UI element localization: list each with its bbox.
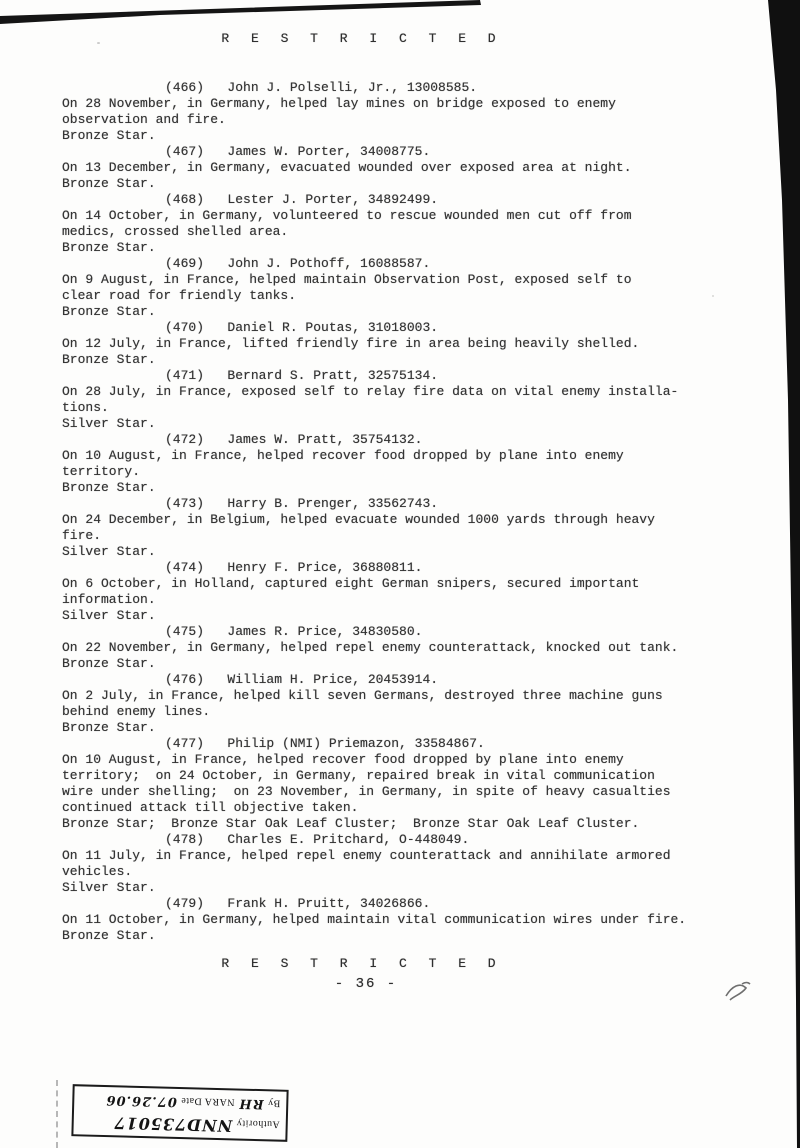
award-line: Bronze Star. <box>62 480 742 496</box>
award-line: Silver Star. <box>62 544 742 560</box>
award-entry: (472) James W. Pratt, 35754132.On 10 Aug… <box>62 432 742 496</box>
award-line: Bronze Star. <box>62 928 742 944</box>
stamp-by-value: RH <box>238 1096 263 1112</box>
scan-edge-top-line <box>0 0 481 24</box>
award-entry: (468) Lester J. Porter, 34892499.On 14 O… <box>62 192 742 256</box>
award-line: Bronze Star. <box>62 720 742 736</box>
stamp-authority-value: NND735017 <box>113 1113 232 1135</box>
entry-header: (475) James R. Price, 34830580. <box>62 624 742 640</box>
award-line: Silver Star. <box>62 608 742 624</box>
stamp-date-value: 07.26.06 <box>105 1092 177 1109</box>
entry-header: (478) Charles E. Pritchard, O-448049. <box>62 832 742 848</box>
document-page: R E S T R I C T E D (466) John J. Polsel… <box>0 0 800 1148</box>
award-line: Bronze Star; Bronze Star Oak Leaf Cluste… <box>62 816 742 832</box>
award-line: Bronze Star. <box>62 656 742 672</box>
citation-line: On 10 August, in France, helped recover … <box>62 752 742 768</box>
citation-line: On 11 October, in Germany, helped mainta… <box>62 912 742 928</box>
entry-header: (467) James W. Porter, 34008775. <box>62 144 742 160</box>
citation-line: On 22 November, in Germany, helped repel… <box>62 640 742 656</box>
award-line: Bronze Star. <box>62 176 742 192</box>
header-classification: R E S T R I C T E D <box>0 31 724 46</box>
citation-line: fire. <box>62 528 742 544</box>
citation-line: clear road for friendly tanks. <box>62 288 742 304</box>
award-entry: (478) Charles E. Pritchard, O-448049.On … <box>62 832 742 896</box>
award-entry: (471) Bernard S. Pratt, 32575134.On 28 J… <box>62 368 742 432</box>
citation-line: observation and fire. <box>62 112 742 128</box>
entry-header: (473) Harry B. Prenger, 33562743. <box>62 496 742 512</box>
citation-line: medics, crossed shelled area. <box>62 224 742 240</box>
entry-header: (474) Henry F. Price, 36880811. <box>62 560 742 576</box>
citation-line: tions. <box>62 400 742 416</box>
award-entry: (469) John J. Pothoff, 16088587.On 9 Aug… <box>62 256 742 320</box>
award-entry: (475) James R. Price, 34830580.On 22 Nov… <box>62 624 742 672</box>
citation-line: continued attack till objective taken. <box>62 800 742 816</box>
award-entry: (479) Frank H. Pruitt, 34026866.On 11 Oc… <box>62 896 742 944</box>
entry-header: (469) John J. Pothoff, 16088587. <box>62 256 742 272</box>
entry-header: (476) William H. Price, 20453914. <box>62 672 742 688</box>
citation-line: On 11 July, in France, helped repel enem… <box>62 848 742 864</box>
citation-line: territory. <box>62 464 742 480</box>
page-number: - 36 - <box>0 976 732 992</box>
citation-line: On 10 August, in France, helped recover … <box>62 448 742 464</box>
citation-line: On 6 October, in Holland, captured eight… <box>62 576 742 592</box>
citation-line: On 13 December, in Germany, evacuated wo… <box>62 160 742 176</box>
award-line: Bronze Star. <box>62 128 742 144</box>
stamp-date-label: NARA Date <box>181 1095 235 1107</box>
award-entry: (477) Philip (NMI) Priemazon, 33584867.O… <box>62 736 742 832</box>
citation-line: On 28 July, in France, exposed self to r… <box>62 384 742 400</box>
award-entry: (467) James W. Porter, 34008775.On 13 De… <box>62 144 742 192</box>
entry-header: (479) Frank H. Pruitt, 34026866. <box>62 896 742 912</box>
entry-header: (470) Daniel R. Poutas, 31018003. <box>62 320 742 336</box>
entries-list: (466) John J. Polselli, Jr., 13008585.On… <box>62 80 742 944</box>
entry-header: (466) John J. Polselli, Jr., 13008585. <box>62 80 742 96</box>
award-line: Silver Star. <box>62 880 742 896</box>
citation-line: territory; on 24 October, in Germany, re… <box>62 768 742 784</box>
award-entry: (466) John J. Polselli, Jr., 13008585.On… <box>62 80 742 144</box>
citation-line: On 2 July, in France, helped kill seven … <box>62 688 742 704</box>
citation-line: wire under shelling; on 23 November, in … <box>62 784 742 800</box>
citation-line: On 28 November, in Germany, helped lay m… <box>62 96 742 112</box>
scan-edge-dashes <box>56 1080 58 1148</box>
scan-edge-right-bar <box>768 0 800 1148</box>
entry-header: (468) Lester J. Porter, 34892499. <box>62 192 742 208</box>
entry-header: (471) Bernard S. Pratt, 32575134. <box>62 368 742 384</box>
footer-classification: R E S T R I C T E D <box>0 956 724 971</box>
declassification-stamp: Authority NND735017 By RH NARA Date 07.2… <box>71 1084 288 1142</box>
award-line: Bronze Star. <box>62 240 742 256</box>
citation-line: On 9 August, in France, helped maintain … <box>62 272 742 288</box>
citation-line: On 24 December, in Belgium, helped evacu… <box>62 512 742 528</box>
award-entry: (474) Henry F. Price, 36880811.On 6 Octo… <box>62 560 742 624</box>
award-entry: (470) Daniel R. Poutas, 31018003.On 12 J… <box>62 320 742 368</box>
entry-header: (472) James W. Pratt, 35754132. <box>62 432 742 448</box>
citation-line: On 12 July, in France, lifted friendly f… <box>62 336 742 352</box>
stamp-authority-label: Authority <box>236 1117 280 1129</box>
award-line: Bronze Star. <box>62 304 742 320</box>
citation-line: On 14 October, in Germany, volunteered t… <box>62 208 742 224</box>
entry-header: (477) Philip (NMI) Priemazon, 33584867. <box>62 736 742 752</box>
stamp-by-label: By <box>267 1097 280 1108</box>
citation-line: behind enemy lines. <box>62 704 742 720</box>
award-entry: (476) William H. Price, 20453914.On 2 Ju… <box>62 672 742 736</box>
citation-line: information. <box>62 592 742 608</box>
award-line: Bronze Star. <box>62 352 742 368</box>
citation-line: vehicles. <box>62 864 742 880</box>
award-entry: (473) Harry B. Prenger, 33562743.On 24 D… <box>62 496 742 560</box>
award-line: Silver Star. <box>62 416 742 432</box>
